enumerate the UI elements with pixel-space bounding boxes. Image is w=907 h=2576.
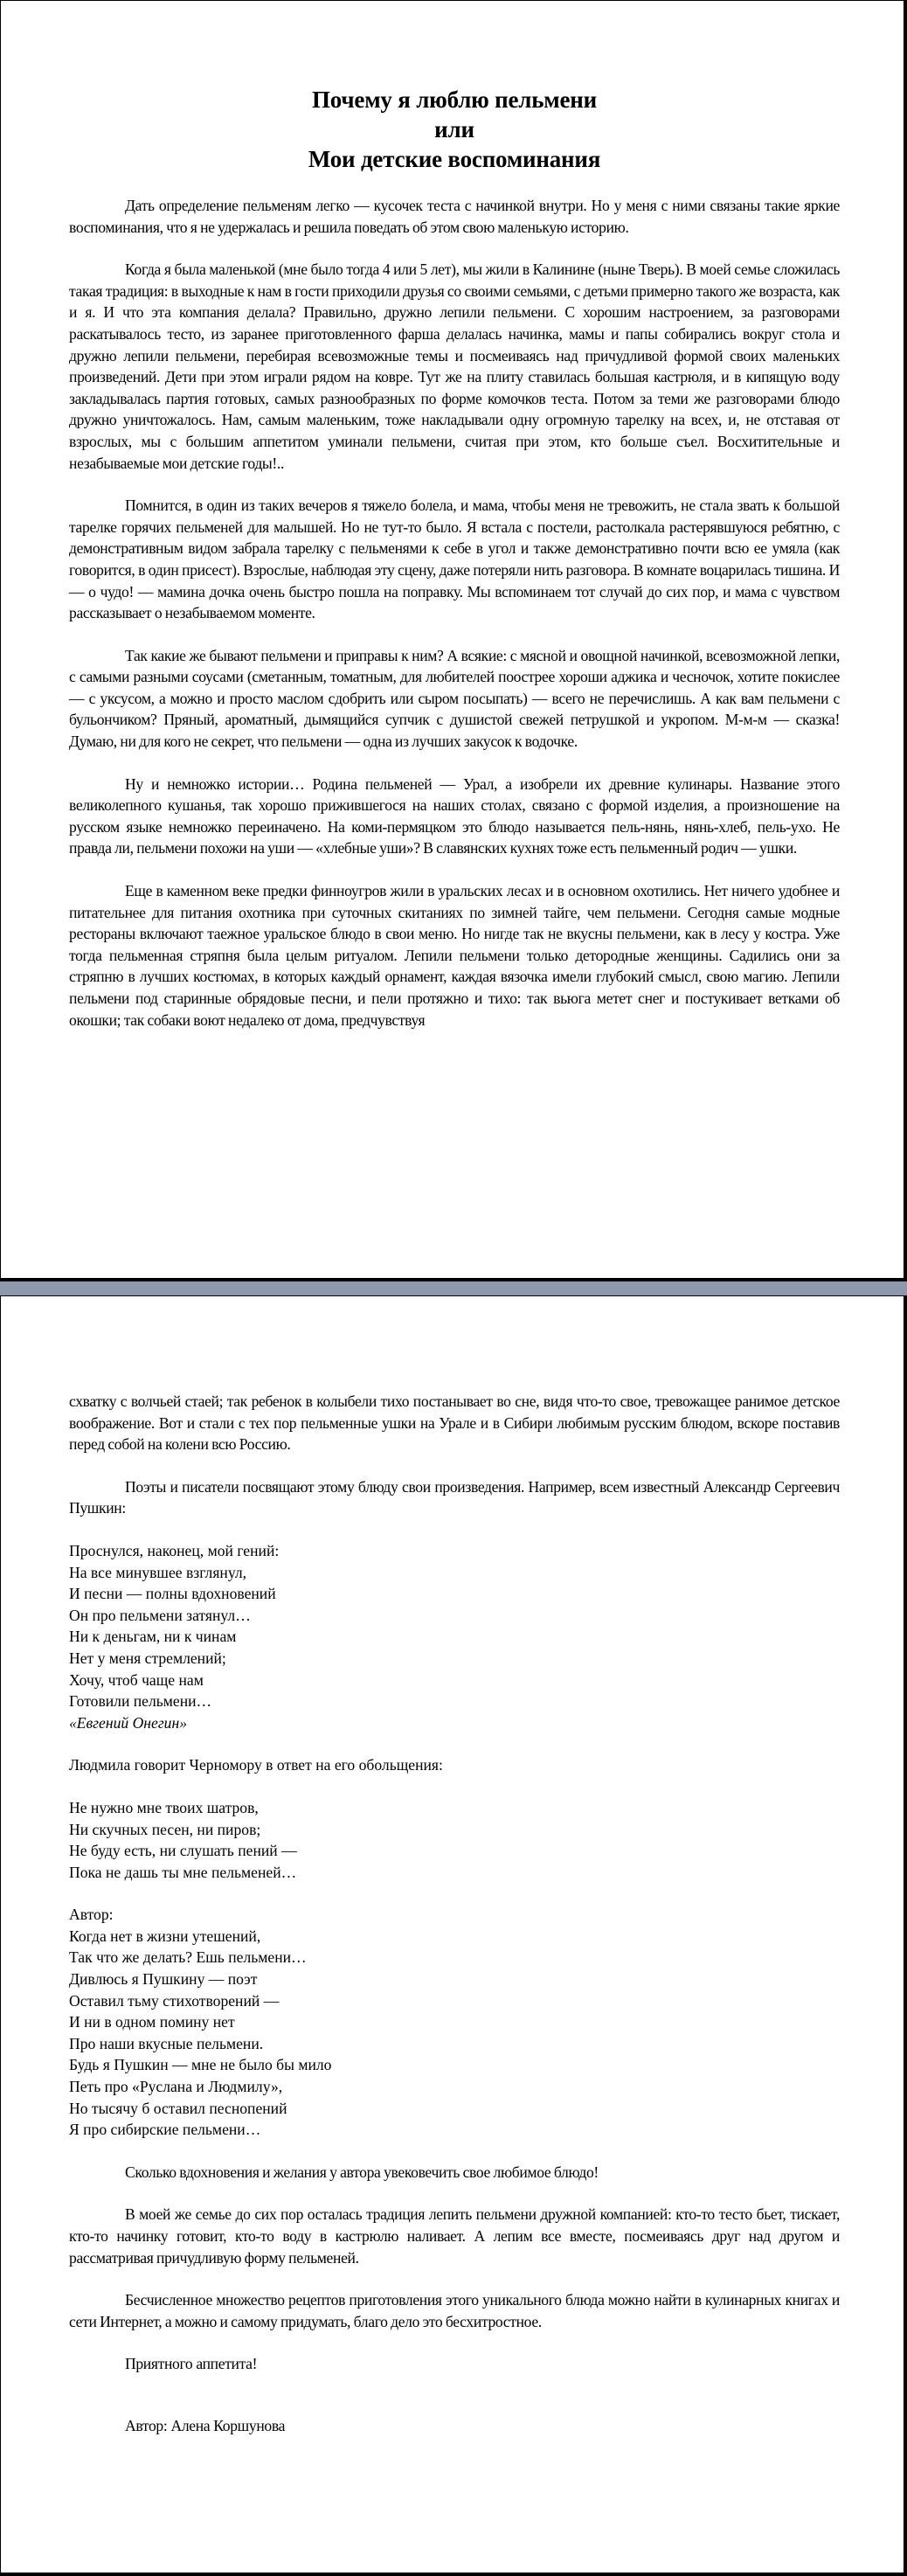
- paragraph-continuation: схватку с волчьей стаей; так ребенок в к…: [69, 1391, 840, 1455]
- closing-wish: Приятного аппетита!: [125, 2353, 840, 2375]
- verse-line: Оставил тьму стихотворений —: [69, 1990, 840, 2012]
- verse-author: Автор: Когда нет в жизни утешений, Так ч…: [69, 1904, 840, 2141]
- verse-line: Ни к деньгам, ни к чинам: [69, 1626, 840, 1648]
- paragraph-stone-age: Еще в каменном веке предки финноугров жи…: [69, 880, 840, 1031]
- verse-line: Но тысячу б оставил песнопений: [69, 2098, 840, 2120]
- ludmila-intro: Людмила говорит Черномору в ответ на его…: [69, 1754, 840, 1776]
- verse-ludmila: Не нужно мне твоих шатров, Ни скучных пе…: [69, 1797, 840, 1883]
- verse-line: Не нужно мне твоих шатров,: [69, 1797, 840, 1819]
- verse-line: И ни в одном помину нет: [69, 2011, 840, 2033]
- verse-caption: «Евгений Онегин»: [69, 1712, 840, 1734]
- document-page-1: Почему я люблю пельмени или Мои детские …: [0, 0, 907, 1281]
- verse-line: Готовили пельмени…: [69, 1691, 840, 1712]
- paragraph-intro: Дать определение пельменям легко — кусоч…: [69, 195, 840, 238]
- verse-line: И песни — полны вдохновений: [69, 1583, 840, 1605]
- verse-line: Он про пельмени затянул…: [69, 1605, 840, 1627]
- page-2-content: схватку с волчьей стаей; так ребенок в к…: [69, 1391, 840, 2437]
- paragraph-varieties: Так какие же бывают пельмени и приправы …: [69, 645, 840, 753]
- verse-line: На все минувшее взглянул,: [69, 1562, 840, 1584]
- paragraph-inspiration: Сколько вдохновения и желания у автора у…: [69, 2162, 840, 2184]
- paragraph-poets: Поэты и писатели посвящают этому блюду с…: [69, 1476, 840, 1519]
- title-line-3: Мои детские воспоминания: [69, 144, 840, 174]
- verse-line: Пока не дашь ты мне пельменей…: [69, 1862, 840, 1884]
- verse-line: Ни скучных песен, ни пиров;: [69, 1819, 840, 1841]
- verse-line: Будь я Пушкин — мне не было бы мило: [69, 2054, 840, 2076]
- document-page-2: схватку с волчьей стаей; так ребенок в к…: [0, 1295, 907, 2576]
- verse-onegin: Проснулся, наконец, мой гений: На все ми…: [69, 1540, 840, 1733]
- verse-line: Про наши вкусные пельмени.: [69, 2033, 840, 2055]
- paragraph-illness: Помнится, в один из таких вечеров я тяже…: [69, 495, 840, 624]
- verse-line: Так что же делать? Ешь пельмени…: [69, 1947, 840, 1968]
- verse-line: Не буду есть, ни слушать пений —: [69, 1840, 840, 1862]
- paragraph-childhood: Когда я была маленькой (мне было тогда 4…: [69, 259, 840, 474]
- verse-line: Автор:: [69, 1904, 840, 1926]
- paragraph-recipes: Бесчисленное множество рецептов приготов…: [69, 2289, 840, 2332]
- paragraph-history: Ну и немножко истории… Родина пельменей …: [69, 774, 840, 859]
- title-line-2: или: [69, 115, 840, 144]
- title-line-1: Почему я люблю пельмени: [69, 85, 840, 115]
- verse-line: Я про сибирские пельмени…: [69, 2119, 840, 2141]
- verse-line: Нет у меня стремлений;: [69, 1648, 840, 1670]
- author-signature: Автор: Алена Коршунова: [125, 2415, 840, 2437]
- verse-line: Дивлюсь я Пушкину — поэт: [69, 1968, 840, 1990]
- verse-line: Когда нет в жизни утешений,: [69, 1926, 840, 1948]
- paragraph-family-tradition: В моей же семье до сих пор осталась трад…: [69, 2204, 840, 2268]
- verse-line: Проснулся, наконец, мой гений:: [69, 1540, 840, 1562]
- document-title: Почему я люблю пельмени или Мои детские …: [69, 85, 840, 174]
- verse-line: Хочу, чтоб чаще нам: [69, 1670, 840, 1691]
- verse-line: Петь про «Руслана и Людмилу»,: [69, 2076, 840, 2098]
- page-1-content: Почему я люблю пельмени или Мои детские …: [69, 85, 840, 1052]
